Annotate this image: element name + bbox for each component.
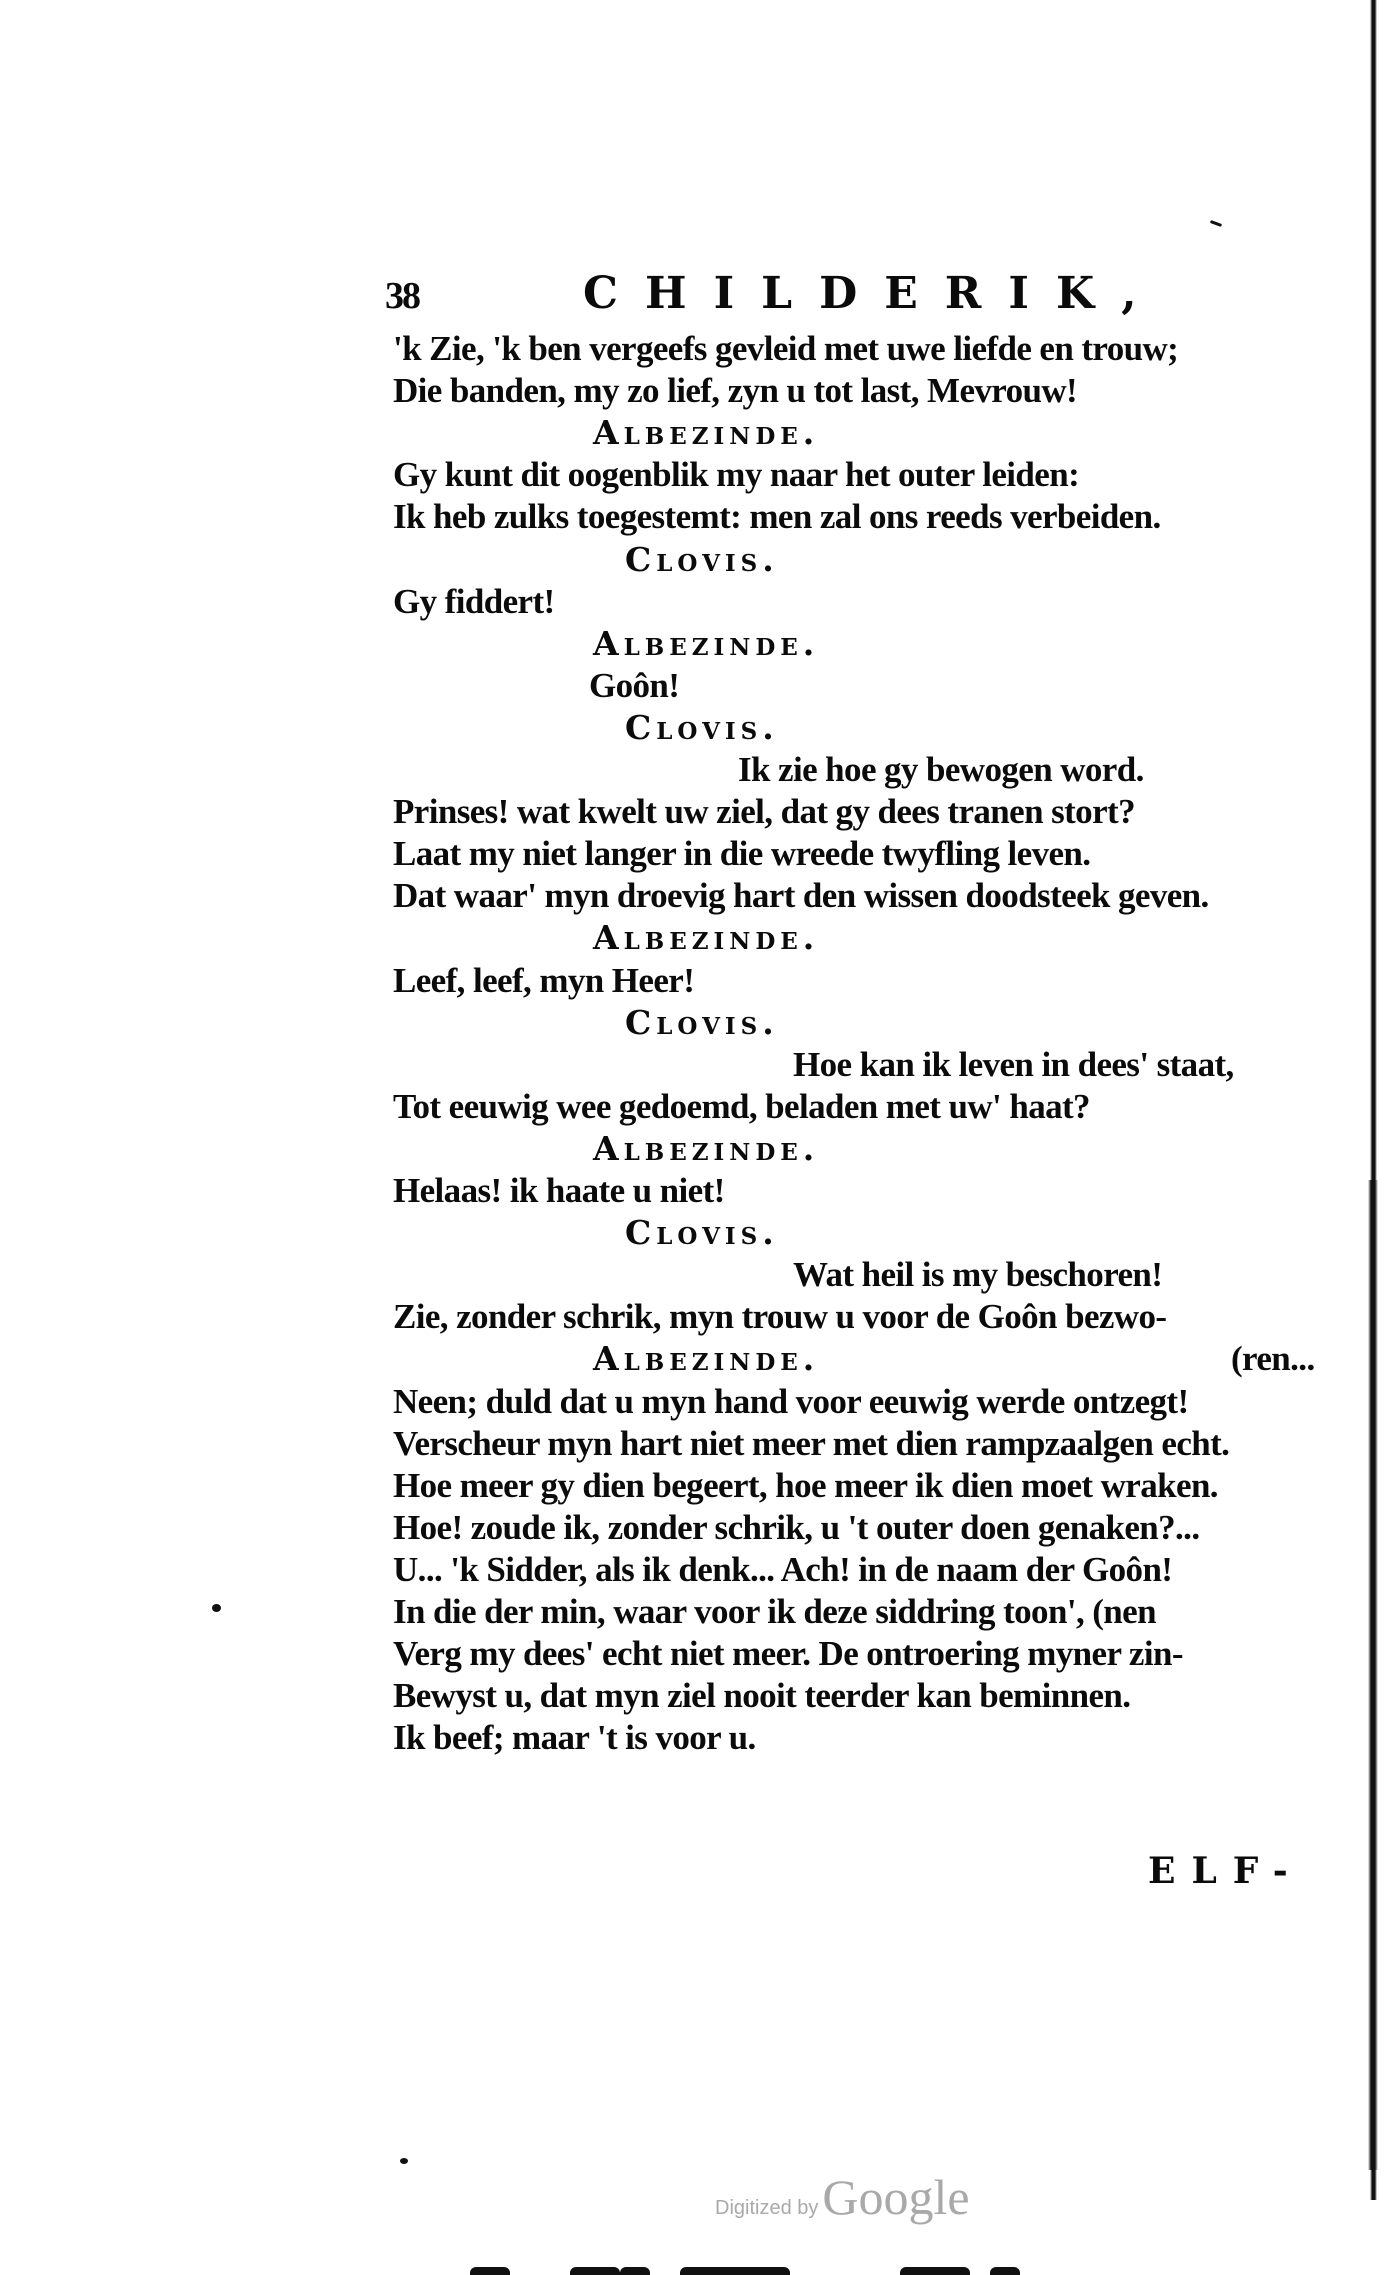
verse-line: Verg my dees' echt niet meer. De ontroer… (393, 1633, 1183, 1675)
speaker-name: Albezinde. (593, 413, 819, 452)
verse-line: Gy fiddert! (393, 581, 555, 623)
verse-line: Hoe kan ik leven in dees' staat, (793, 1044, 1234, 1086)
verse-line: Bewyst u, dat myn ziel nooit teerder kan… (393, 1675, 1130, 1717)
speaker-heading: Clovis. (625, 539, 779, 581)
verse-line: Zie, zonder schrik, myn trouw u voor de … (393, 1296, 1166, 1338)
speaker-name: Clovis. (625, 1003, 779, 1042)
verse-line: Gy kunt dit oogenblik my naar het outer … (393, 454, 1079, 496)
scan-speck (400, 2158, 408, 2164)
verse-line: Tot eeuwig wee gedoemd, beladen met uw' … (393, 1086, 1090, 1128)
speaker-heading: Albezinde.(ren... (593, 1338, 819, 1380)
speaker-name: Clovis. (625, 540, 779, 579)
verse-line: 'k Zie, 'k ben vergeefs gevleid met uwe … (393, 328, 1178, 370)
verse-line: Dat waar' myn droevig hart den wissen do… (393, 875, 1209, 917)
verse-line: Helaas! ik haate u niet! (393, 1170, 725, 1212)
speaker-heading: Albezinde. (593, 917, 819, 959)
speaker-heading: Clovis. (625, 1002, 779, 1044)
speaker-heading: Clovis. (625, 707, 779, 749)
scan-speck (212, 1604, 221, 1612)
speaker-heading: Albezinde. (593, 412, 819, 454)
verse-line: Hoe meer gy dien begeert, hoe meer ik di… (393, 1465, 1218, 1507)
verse-line: U... 'k Sidder, als ik denk... Ach! in d… (393, 1549, 1172, 1591)
next-page-bleed (470, 2262, 1190, 2275)
speaker-name: Albezinde. (593, 918, 819, 957)
verse-line: Neen; duld dat u myn hand voor eeuwig we… (393, 1381, 1189, 1423)
speaker-heading: Albezinde. (593, 623, 819, 665)
verse-line: Die banden, my zo lief, zyn u tot last, … (393, 370, 1077, 412)
verse-line: Ik zie hoe gy bewogen word. (738, 749, 1144, 791)
speaker-heading: Clovis. (625, 1212, 779, 1254)
verse-line: Verscheur myn hart niet meer met dien ra… (393, 1423, 1229, 1465)
book-page: 38 CHILDERIK, 'k Zie, 'k ben vergeefs ge… (0, 0, 1386, 2275)
verse-line: Leef, leef, myn Heer! (393, 960, 694, 1002)
page-number: 38 (385, 274, 419, 318)
speaker-name: Albezinde. (593, 1129, 819, 1168)
verse-line: Prinses! wat kwelt uw ziel, dat gy dees … (393, 791, 1135, 833)
verse-line: In die der min, waar voor ik deze siddri… (393, 1591, 1156, 1633)
speaker-name: Albezinde. (593, 1339, 819, 1378)
page-edge-line-lower (1368, 1180, 1378, 2170)
catchword: ELF- (1148, 1850, 1304, 1892)
digitized-by-google-watermark: Digitized byGoogle (715, 2168, 970, 2226)
scan-speck (1210, 220, 1222, 227)
verse-line: Goôn! (589, 665, 679, 707)
running-header: 38 CHILDERIK, (385, 268, 1285, 318)
verse-line: Wat heil is my beschoren! (793, 1254, 1162, 1296)
google-logo: Google (822, 2169, 969, 2225)
watermark-prefix: Digitized by (715, 2197, 818, 2219)
verse-line: Ik heb zulks toegestemt: men zal ons ree… (393, 496, 1161, 538)
speaker-name: Clovis. (625, 1213, 779, 1252)
speaker-name: Clovis. (625, 708, 779, 747)
verse-line: Laat my niet langer in die wreede twyfli… (393, 833, 1090, 875)
verse-line: Hoe! zoude ik, zonder schrik, u 't outer… (393, 1507, 1199, 1549)
speaker-heading: Albezinde. (593, 1128, 819, 1170)
speaker-name: Albezinde. (593, 624, 819, 663)
verse-line: Ik beef; maar 't is voor u. (393, 1717, 756, 1759)
turnover-continuation: (ren... (1231, 1338, 1315, 1380)
running-title: CHILDERIK, (583, 268, 1164, 319)
